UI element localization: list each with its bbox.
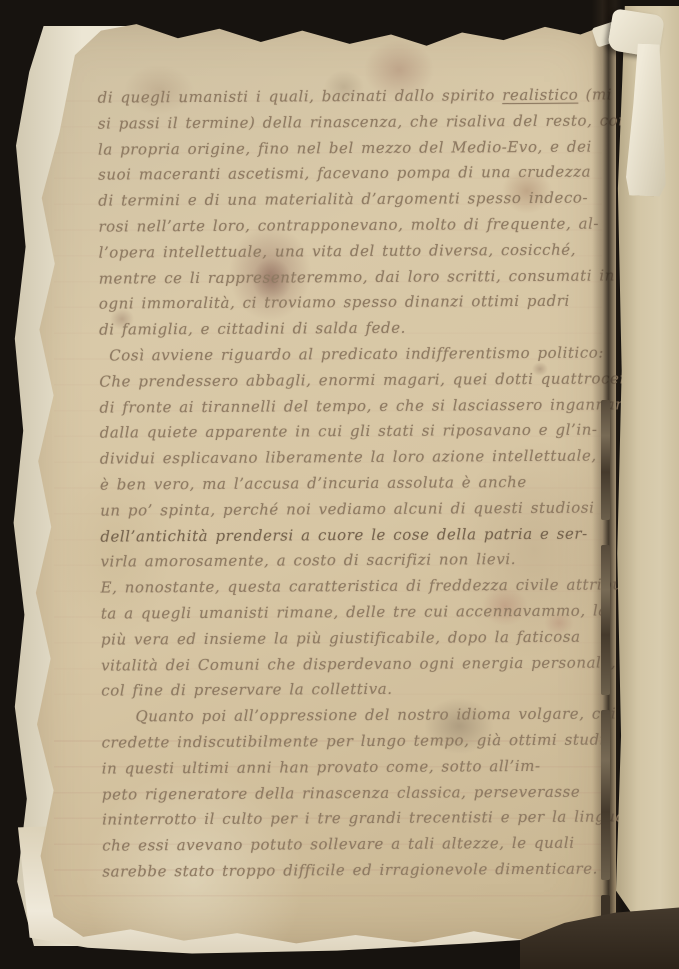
manuscript-line: di quegli umanisti i quali, bacinati dal…: [98, 82, 610, 111]
manuscript-line: dell’antichità prendersi a cuore le cose…: [100, 521, 612, 550]
binding-stitching: [601, 545, 610, 695]
manuscript-line: col fine di preservare la collettiva.: [101, 676, 613, 705]
manuscript-line: ogni immoralità, ci troviamo spesso dina…: [99, 289, 611, 318]
photo-background: di quegli umanisti i quali, bacinati dal…: [0, 0, 679, 969]
manuscript-line: ininterrotto il culto per i tre grandi t…: [102, 805, 614, 834]
manuscript-line: si passi il termine) della rinascenza, c…: [98, 108, 610, 137]
manuscript-line: di fronte ai tirannelli del tempo, e che…: [99, 392, 611, 421]
manuscript-line: Che prendessero abbagli, enormi magari, …: [99, 366, 611, 395]
manuscript-line paragraph-start: Così avviene riguardo al predicato indif…: [99, 340, 611, 369]
manuscript-line paragraph-start: E, nonostante, questa caratteristica di …: [101, 573, 613, 602]
manuscript-line: dalla quiete apparente in cui gli stati …: [100, 418, 612, 447]
handwritten-text-block: di quegli umanisti i quali, bacinati dal…: [98, 82, 615, 885]
line-text: di quegli umanisti i quali, bacinati dal…: [98, 86, 503, 106]
manuscript-line: peto rigeneratore della rinascenza class…: [102, 779, 614, 808]
manuscript-line: dividui esplicavano liberamente la loro …: [100, 444, 612, 473]
manuscript-line: che essi avevano potuto sollevare a tali…: [102, 831, 614, 860]
manuscript-line: ta a quegli umanisti rimane, delle tre c…: [101, 598, 613, 627]
manuscript-line: è ben vero, ma l’accusa d’incuria assolu…: [100, 469, 612, 498]
binding-stitching: [601, 710, 610, 880]
binding-stitching: [601, 400, 610, 520]
manuscript-line: l’opera intellettuale, una vita del tutt…: [99, 237, 611, 266]
manuscript-line: più vera ed insieme la più giustificabil…: [101, 624, 613, 653]
manuscript-line: mentre ce li rappresenteremmo, dai loro …: [99, 263, 611, 292]
manuscript-line: sarebbe stato troppo difficile ed irragi…: [102, 856, 614, 885]
manuscript-line: rosi nell’arte loro, contrapponevano, mo…: [98, 211, 610, 240]
manuscript-line paragraph-start: Quanto poi all’oppressione del nostro id…: [101, 702, 613, 731]
manuscript-line: un po’ spinta, perché noi vediamo alcuni…: [100, 495, 612, 524]
manuscript-line: suoi maceranti ascetismi, facevano pompa…: [98, 160, 610, 189]
underlined-word: realistico: [502, 86, 578, 104]
manuscript-line: di famiglia, e cittadini di salda fede.: [99, 315, 611, 344]
manuscript-line: la propria origine, fino nel bel mezzo d…: [98, 134, 610, 163]
manuscript-line: in questi ultimi anni han provato come, …: [102, 753, 614, 782]
manuscript-line: credette indiscutibilmente per lungo tem…: [102, 727, 614, 756]
manuscript-line: di termini e di una materialità d’argome…: [98, 186, 610, 215]
manuscript-line: vitalità dei Comuni che disperdevano ogn…: [101, 650, 613, 679]
manuscript-line: virla amorosamente, a costo di sacrifizi…: [100, 547, 612, 576]
